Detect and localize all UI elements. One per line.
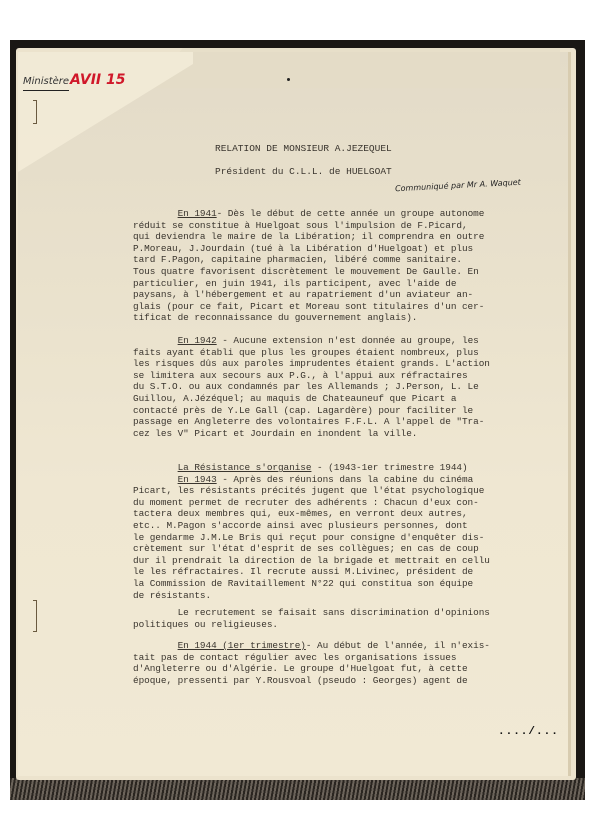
page-continuation-mark: ..../...	[498, 726, 559, 738]
section-heading: La Résistance s'organise	[178, 462, 312, 473]
paragraph-recruitment: Le recrutement se faisait sans discrimin…	[133, 607, 490, 630]
document-subtitle: Président du C.L.L. de HUELGOAT	[215, 166, 392, 177]
staple-icon	[33, 100, 37, 124]
table-surface	[10, 778, 585, 800]
year-heading: En 1942	[178, 335, 217, 346]
year-heading: En 1943	[178, 474, 217, 485]
document-title: RELATION DE MONSIEUR A.JEZEQUEL	[215, 143, 392, 154]
punch-mark	[287, 78, 290, 81]
paragraph-1943: La Résistance s'organise - (1943-1er tri…	[133, 462, 490, 601]
archive-reference: AVII 15	[70, 72, 126, 88]
paragraph-1941: En 1941- Dès le début de cette année un …	[133, 208, 484, 324]
year-heading: En 1941	[178, 208, 217, 219]
staple-icon	[33, 600, 37, 632]
paragraph-1942: En 1942 - Aucune extension n'est donnée …	[133, 335, 490, 439]
archive-stamp: Ministère	[23, 76, 69, 91]
year-heading: En 1944 (1er trimestre)	[178, 640, 306, 651]
paragraph-1944: En 1944 (1er trimestre)- Au début de l'a…	[133, 640, 490, 686]
page-fold-shadow	[150, 48, 560, 88]
